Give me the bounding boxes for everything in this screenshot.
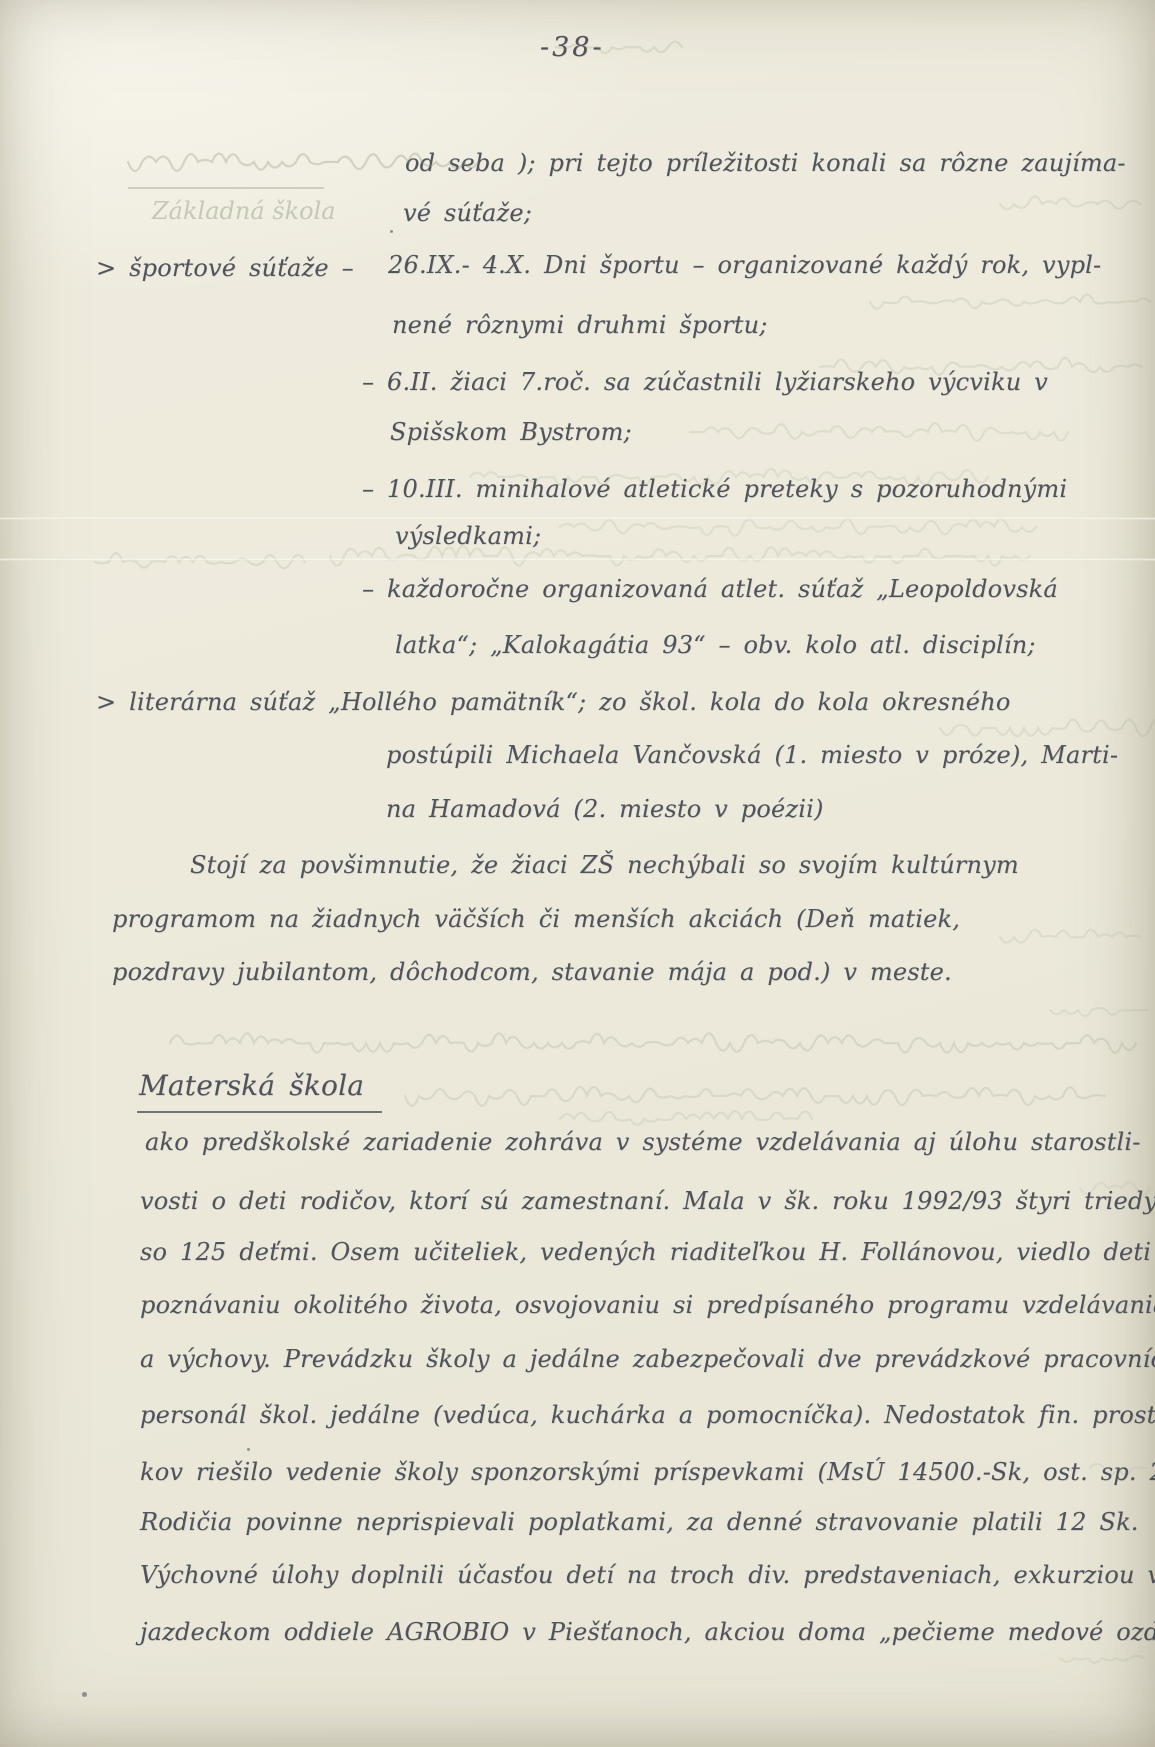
bleedthrough-ghost-line [690,422,1070,448]
line-ms-10: jazdeckom oddiele AGROBIO v Piešťanoch, … [140,1619,1155,1647]
paper-speck [82,1692,87,1697]
line-ms-7: kov riešilo vedenie školy sponzorskými p… [140,1459,1155,1487]
line-literary-2: na Hamadová (2. miesto v poézii) [386,796,824,824]
bleedthrough-ghost-line [870,292,1150,318]
paper-speck [390,230,393,233]
line-sport-2: nené rôznymi druhmi športu; [392,312,768,340]
line-ms-2: vosti o deti rodičov, ktorí sú zamestnan… [140,1188,1155,1216]
bleedthrough-ghost-line [170,1032,1140,1060]
line-sport-1: 26.IX.- 4.X. Dni športu – organizované k… [388,252,1101,280]
page-number: -38- [540,32,605,63]
bleedthrough-legible-text: Základná škola [152,197,336,225]
heading-materska-skola: Materská škola [137,1070,382,1113]
margin-label-sport: > športové súťaže – [96,255,354,283]
line-ms-8: Rodičia povinne neprispievali poplatkami… [140,1509,1139,1537]
line-para-2: programom na žiadnych väčších či menších… [112,906,960,934]
line-sport-6: výsledkami; [395,523,541,551]
line-para-3: pozdravy jubilantom, dôchodcom, stavanie… [112,959,952,987]
bleedthrough-ghost-line [1050,1002,1150,1024]
line-ms-3: so 125 deťmi. Osem učiteliek, vedených r… [140,1239,1155,1267]
line-para-1: Stojí za povšimnutie, že žiaci ZŠ nechýb… [190,852,1019,880]
line-continuation-1: od seba ); pri tejto príležitosti konali… [405,150,1126,178]
bleedthrough-ghost-line [1000,928,1150,952]
margin-label-literary: > literárna súťaž „Hollého pamätník“; zo… [96,689,1011,717]
line-continuation-2: vé súťaže; [403,200,532,228]
line-sport-7: – každoročne organizovaná atlet. súťaž „… [362,576,1058,604]
line-sport-3: – 6.II. žiaci 7.roč. sa zúčastnili lyžia… [362,369,1048,397]
paper-speck [247,1448,250,1451]
bleedthrough-ghost-line [560,517,1040,543]
bleedthrough-ghost-underline [128,187,324,189]
paper-crease [0,558,1155,561]
bleedthrough-ghost-line [95,552,315,578]
line-ms-5: a výchovy. Prevádzku školy a jedálne zab… [140,1346,1155,1374]
bleedthrough-ghost-line [405,1085,1105,1113]
line-ms-1: ako predškolské zariadenie zohráva v sys… [145,1129,1141,1157]
line-literary-1: postúpili Michaela Vančovská (1. miesto … [386,742,1118,770]
line-ms-6: personál škol. jedálne (vedúca, kuchárka… [140,1402,1155,1430]
line-sport-8: latka“; „Kalokagátia 93“ – obv. kolo atl… [395,632,1036,660]
document-page: -38- od seba ); pri tejto príležitosti k… [0,0,1155,1747]
line-sport-5: – 10.III. minihalové atletické preteky s… [362,476,1067,504]
paper-crease [0,517,1155,520]
line-ms-4: poznávaniu okolitého života, osvojovaniu… [140,1292,1155,1320]
line-ms-9: Výchovné úlohy doplnili účasťou detí na … [140,1562,1155,1590]
bleedthrough-ghost-line [1060,1650,1150,1672]
bleedthrough-ghost-line [1000,195,1150,219]
line-sport-4: Spišskom Bystrom; [390,419,632,447]
